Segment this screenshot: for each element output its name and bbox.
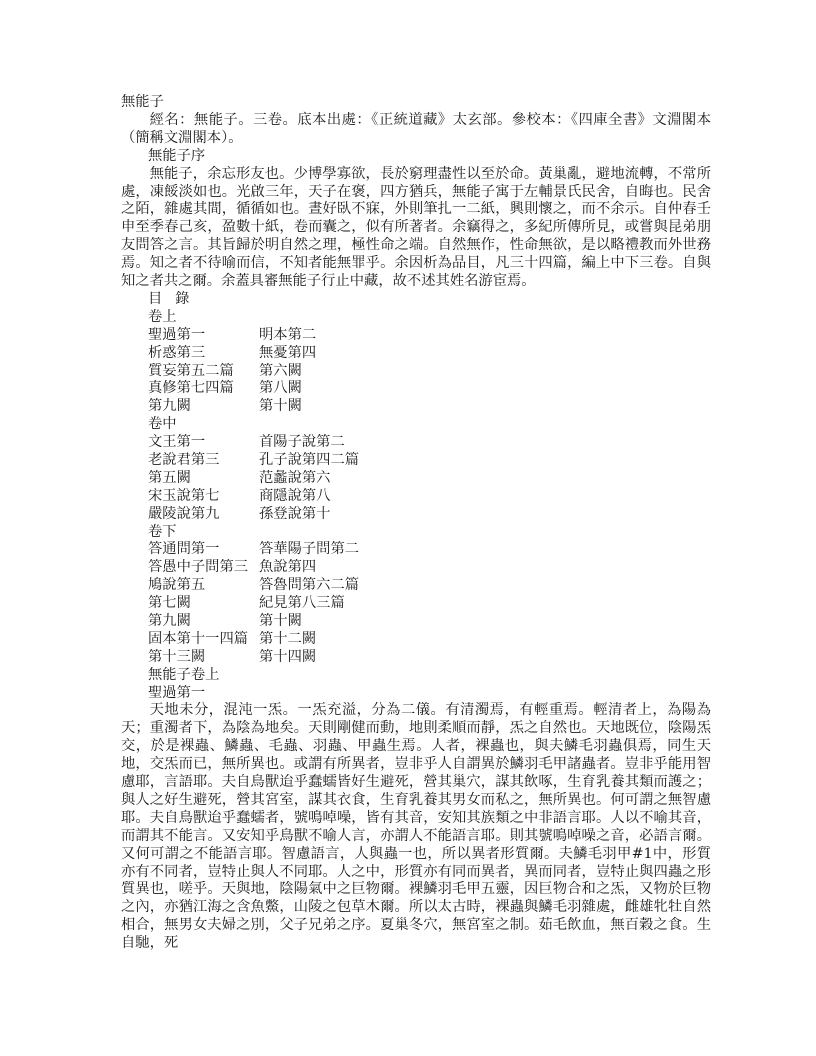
toc-entry: 固本第十一四篇 [148, 631, 259, 649]
toc-entry: 老說君第三 [148, 452, 259, 470]
toc-row: 答通問第一答華陽子問第二 [121, 541, 711, 559]
toc-row: 宋玉說第七商隱說第八 [121, 488, 711, 506]
toc-entry: 紀見第八三篇 [259, 595, 711, 613]
toc-row: 聖過第一明本第二 [121, 327, 711, 345]
toc-entry: 鳩說第五 [148, 577, 259, 595]
toc-entry: 析惑第三 [148, 345, 259, 363]
toc-row: 第五闕范蠡說第六 [121, 470, 711, 488]
toc-entry: 第八闕 [259, 380, 711, 398]
toc-entry: 魚說第四 [259, 559, 711, 577]
toc-entry: 第九闕 [148, 613, 259, 631]
toc-entry: 明本第二 [259, 327, 711, 345]
toc-entry: 第七闕 [148, 595, 259, 613]
toc-entry: 無憂第四 [259, 345, 711, 363]
toc-entry: 文王第一 [148, 434, 259, 452]
toc-entry: 第六闕 [259, 363, 711, 381]
toc-entry: 真修第七四篇 [148, 380, 259, 398]
document-page: 無能子 經名：無能子。三卷。底本出處：《正統道藏》太玄部。參校本：《四庫全書》文… [121, 94, 711, 953]
toc-entry: 第十二闕 [259, 631, 711, 649]
volume-heading: 無能子卷上 [121, 667, 711, 685]
toc-volume-label: 卷下 [121, 524, 711, 542]
toc-row: 第九闕第十闕 [121, 398, 711, 416]
toc-entry: 第十三闕 [148, 649, 259, 667]
toc-entry: 聖過第一 [148, 327, 259, 345]
toc-entry: 第十四闕 [259, 649, 711, 667]
preface-heading: 無能子序 [121, 148, 711, 166]
toc-row: 質妄第五二篇第六闕 [121, 363, 711, 381]
toc-entry: 質妄第五二篇 [148, 363, 259, 381]
toc-entry: 第五闕 [148, 470, 259, 488]
toc-entry: 第十闕 [259, 613, 711, 631]
toc-row: 鳩說第五答魯問第六二篇 [121, 577, 711, 595]
toc-entry: 答愚中子問第三 [148, 559, 259, 577]
toc-entry: 范蠡說第六 [259, 470, 711, 488]
toc-row: 析惑第三無憂第四 [121, 345, 711, 363]
toc-row: 第十三闕第十四闕 [121, 649, 711, 667]
toc-entry: 孔子說第四二篇 [259, 452, 711, 470]
toc-row: 固本第十一四篇第十二闕 [121, 631, 711, 649]
toc-volume-label: 卷中 [121, 416, 711, 434]
toc-entry: 第十闕 [259, 398, 711, 416]
document-title: 無能子 [121, 94, 711, 112]
toc-heading-text: 目錄 [148, 291, 202, 307]
toc-row: 答愚中子問第三魚說第四 [121, 559, 711, 577]
toc-entry: 答通問第一 [148, 541, 259, 559]
toc-row: 第七闕紀見第八三篇 [121, 595, 711, 613]
toc-entry: 商隱說第八 [259, 488, 711, 506]
chapter-paragraph: 天地未分，混沌一炁。一炁充溢，分為二儀。有清濁焉，有輕重焉。輕清者上，為陽為天；… [121, 702, 711, 953]
toc-volume-label: 卷上 [121, 309, 711, 327]
toc-row: 文王第一首陽子說第二 [121, 434, 711, 452]
chapter-heading: 聖過第一 [121, 685, 711, 703]
toc-entry: 首陽子說第二 [259, 434, 711, 452]
toc-row: 老說君第三孔子說第四二篇 [121, 452, 711, 470]
table-of-contents: 卷上 聖過第一明本第二 析惑第三無憂第四 質妄第五二篇第六闕 真修第七四篇第八闕… [121, 309, 711, 667]
toc-row: 嚴陵說第九孫登說第十 [121, 506, 711, 524]
toc-entry: 宋玉說第七 [148, 488, 259, 506]
preface-paragraph: 無能子，余忘形友也。少博學寡欲，長於窮理盡性以至於命。黃巢亂，避地流轉，不常所處… [121, 166, 711, 291]
toc-heading: 目錄 [121, 291, 711, 309]
meta-paragraph: 經名：無能子。三卷。底本出處：《正統道藏》太玄部。參校本：《四庫全書》文淵閣本（… [121, 112, 711, 148]
toc-entry: 嚴陵說第九 [148, 506, 259, 524]
toc-entry: 答魯問第六二篇 [259, 577, 711, 595]
toc-entry: 孫登說第十 [259, 506, 711, 524]
toc-row: 真修第七四篇第八闕 [121, 380, 711, 398]
toc-entry: 答華陽子問第二 [259, 541, 711, 559]
toc-row: 第九闕第十闕 [121, 613, 711, 631]
toc-entry: 第九闕 [148, 398, 259, 416]
